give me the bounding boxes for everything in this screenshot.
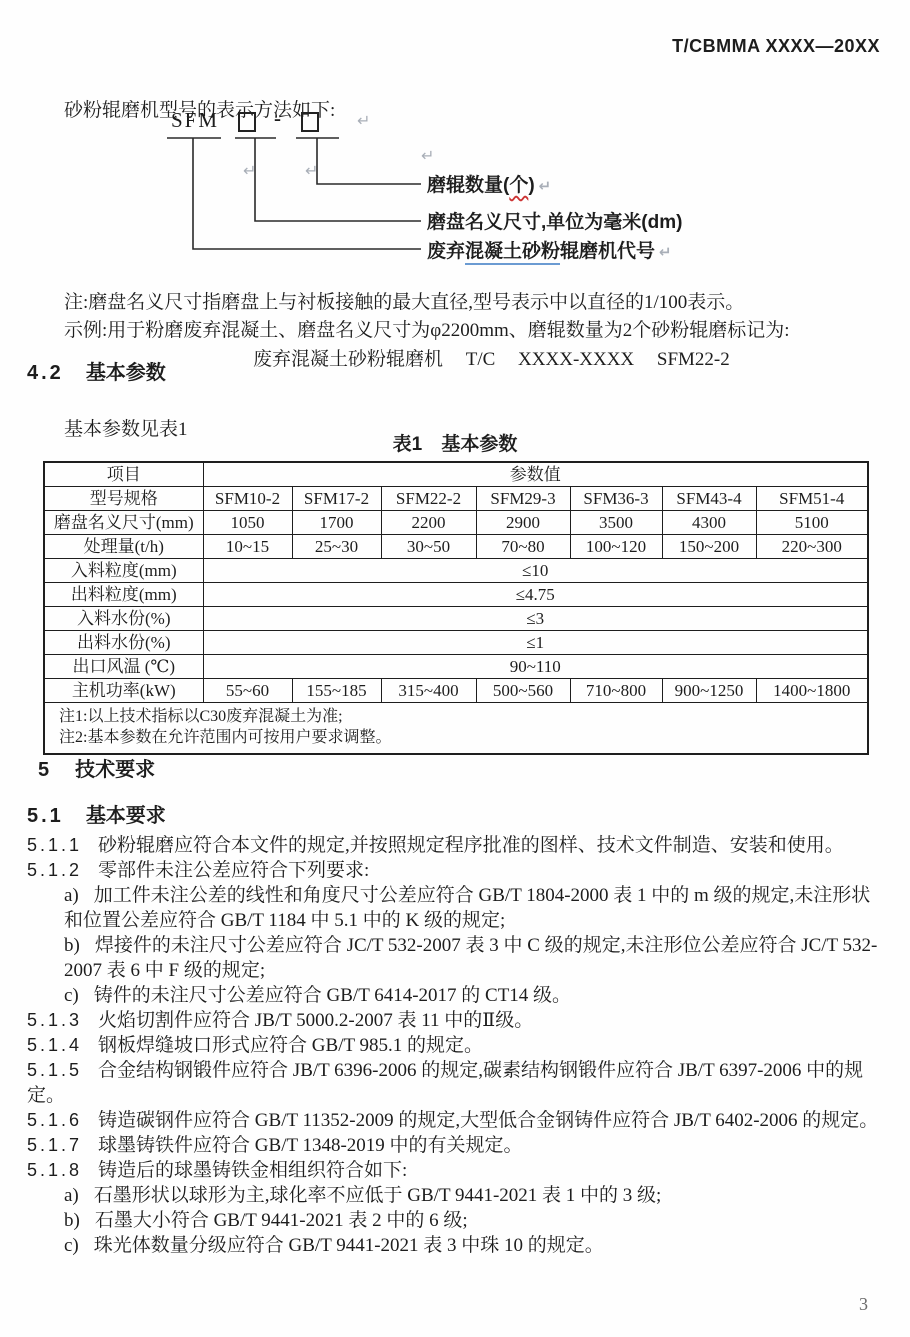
table-footnotes: 注1:以上技术指标以C30废弃混凝土为准; 注2:基本参数在允许范围内可按用户要… bbox=[44, 703, 868, 755]
table-span-cell: ≤4.75 bbox=[203, 583, 868, 607]
table-header-item: 项目 bbox=[44, 462, 203, 487]
clause-number: 5.1.8 bbox=[27, 1160, 82, 1180]
return-mark-icon: ↵ bbox=[539, 177, 552, 195]
table-span-cell: ≤3 bbox=[203, 607, 868, 631]
clause-5-1-7: 5.1.7球墨铸铁件应符合 GB/T 1348-2019 中的有关规定。 bbox=[27, 1133, 883, 1158]
table-cell: 25~30 bbox=[292, 535, 381, 559]
table-cell: 150~200 bbox=[662, 535, 756, 559]
table-cell: 1050 bbox=[203, 511, 292, 535]
clause-text: 石墨形状以球形为主,球化率不应低于 GB/T 9441-2021 表 1 中的 … bbox=[94, 1185, 662, 1206]
table-cell: SFM10-2 bbox=[203, 487, 292, 511]
table-row: 注1:以上技术指标以C30废弃混凝土为准; 注2:基本参数在允许范围内可按用户要… bbox=[44, 703, 868, 755]
table-row: 主机功率(kW) 55~60 155~185 315~400 500~560 7… bbox=[44, 679, 868, 703]
table-cell: 1400~1800 bbox=[756, 679, 868, 703]
placeholder-box-icon bbox=[238, 112, 256, 132]
table-cell: 900~1250 bbox=[662, 679, 756, 703]
table-span-cell: ≤1 bbox=[203, 631, 868, 655]
note-paragraph: 注:磨盘名义尺寸指磨盘上与衬板接触的最大直径,型号表示中以直径的1/100表示。 bbox=[64, 287, 744, 314]
clause-text: 石墨大小符合 GB/T 9441-2021 表 2 中的 6 级; bbox=[95, 1210, 468, 1231]
table-cell: SFM17-2 bbox=[292, 487, 381, 511]
clause-5-1-5: 5.1.5合金结构钢锻件应符合 JB/T 6396-2006 的规定,碳素结构钢… bbox=[27, 1058, 883, 1108]
table-cell: 2200 bbox=[381, 511, 476, 535]
table-cell: SFM22-2 bbox=[381, 487, 476, 511]
clause-text: 加工件未注公差的线性和角度尺寸公差应符合 GB/T 1804-2000 表 1 … bbox=[64, 885, 870, 931]
table-row-label: 入料粒度(mm) bbox=[44, 559, 203, 583]
label-text-wavy-underlined: 个 bbox=[509, 175, 528, 196]
return-mark-icon: ↵ bbox=[357, 111, 370, 130]
table-row: 磨盘名义尺寸(mm) 1050 1700 2200 2900 3500 4300… bbox=[44, 511, 868, 535]
label-text: 辊磨机代号 bbox=[560, 241, 655, 262]
clause-5-1-2: 5.1.2零部件未注公差应符合下列要求: bbox=[27, 858, 883, 883]
table-cell: 100~120 bbox=[570, 535, 662, 559]
table-cell: 710~800 bbox=[570, 679, 662, 703]
return-mark-icon: ↵ bbox=[305, 161, 318, 180]
table-cell: 10~15 bbox=[203, 535, 292, 559]
list-marker: c) bbox=[64, 985, 79, 1006]
table-cell: 220~300 bbox=[756, 535, 868, 559]
table-row-label: 出料水份(%) bbox=[44, 631, 203, 655]
label-text-blue-underlined: 混凝土砂粉 bbox=[465, 241, 560, 265]
clause-5-1-3: 5.1.3火焰切割件应符合 JB/T 5000.2-2007 表 11 中的Ⅱ级… bbox=[27, 1008, 883, 1033]
section-number: 5.1 bbox=[27, 805, 64, 827]
label-text: 废弃 bbox=[427, 241, 465, 262]
clause-text: 球墨铸铁件应符合 GB/T 1348-2019 中的有关规定。 bbox=[98, 1135, 523, 1156]
clause-text: 合金结构钢锻件应符合 JB/T 6396-2006 的规定,碳素结构钢锻件应符合… bbox=[27, 1060, 863, 1106]
label-text: 磨辊数量( bbox=[427, 175, 509, 196]
list-marker: a) bbox=[64, 885, 79, 906]
table-row: 出口风温 (℃) 90~110 bbox=[44, 655, 868, 679]
table-row: 处理量(t/h) 10~15 25~30 30~50 70~80 100~120… bbox=[44, 535, 868, 559]
clause-number: 5.1.2 bbox=[27, 860, 82, 880]
table-cell: 4300 bbox=[662, 511, 756, 535]
placeholder-box-icon bbox=[301, 112, 319, 132]
table-cell: 30~50 bbox=[381, 535, 476, 559]
table-row: 出料水份(%) ≤1 bbox=[44, 631, 868, 655]
section-heading-5-1: 5.1基本要求 bbox=[27, 799, 166, 828]
clause-text: 铸造后的球墨铸铁金相组织符合如下: bbox=[98, 1160, 407, 1181]
clause-5-1-4: 5.1.4钢板焊缝坡口形式应符合 GB/T 985.1 的规定。 bbox=[27, 1033, 883, 1058]
table-cell: 315~400 bbox=[381, 679, 476, 703]
page-number: 3 bbox=[859, 1294, 868, 1315]
table-cell: SFM43-4 bbox=[662, 487, 756, 511]
section-number: 4.2 bbox=[27, 362, 64, 384]
table-row-label: 型号规格 bbox=[44, 487, 203, 511]
table-row-label: 入料水份(%) bbox=[44, 607, 203, 631]
table-caption: 表1 基本参数 bbox=[43, 429, 867, 456]
table-cell: 55~60 bbox=[203, 679, 292, 703]
clause-5-1-2-item-c: c)铸件的未注尺寸公差应符合 GB/T 6414-2017 的 CT14 级。 bbox=[64, 983, 883, 1008]
example-paragraph: 示例:用于粉磨废弃混凝土、磨盘名义尺寸为φ2200mm、磨辊数量为2个砂粉辊磨标… bbox=[64, 315, 790, 342]
table-cell: SFM29-3 bbox=[476, 487, 570, 511]
table-row-label: 出口风温 (℃) bbox=[44, 655, 203, 679]
clause-text: 零部件未注公差应符合下列要求: bbox=[98, 860, 369, 881]
clause-number: 5.1.5 bbox=[27, 1060, 82, 1080]
clause-text: 珠光体数量分级应符合 GB/T 9441-2021 表 3 中珠 10 的规定。 bbox=[94, 1235, 604, 1256]
section-title: 技术要求 bbox=[75, 759, 155, 781]
section-title: 基本要求 bbox=[86, 805, 166, 827]
clause-5-1-1: 5.1.1砂粉辊磨应符合本文件的规定,并按照规定程序批准的图样、技术文件制造、安… bbox=[27, 833, 883, 858]
table-row-label: 磨盘名义尺寸(mm) bbox=[44, 511, 203, 535]
table-row-label: 处理量(t/h) bbox=[44, 535, 203, 559]
diagram-model-prefix: SFM bbox=[171, 108, 219, 133]
table-row: 项目 参数值 bbox=[44, 462, 868, 487]
table-row-label: 出料粒度(mm) bbox=[44, 583, 203, 607]
clause-text: 铸件的未注尺寸公差应符合 GB/T 6414-2017 的 CT14 级。 bbox=[94, 985, 571, 1006]
table-span-cell: ≤10 bbox=[203, 559, 868, 583]
example-designation: 废弃混凝土砂粉辊磨机 T/C XXXX-XXXX SFM22-2 bbox=[253, 344, 730, 371]
document-page: T/CBMMA XXXX—20XX 砂粉辊磨机型号的表示方法如下: SFM - … bbox=[0, 0, 910, 1337]
table-cell: SFM36-3 bbox=[570, 487, 662, 511]
return-mark-icon: ↵ bbox=[659, 243, 672, 261]
clause-5-1-6: 5.1.6铸造碳钢件应符合 GB/T 11352-2009 的规定,大型低合金钢… bbox=[27, 1108, 883, 1133]
table-cell: 155~185 bbox=[292, 679, 381, 703]
clause-5-1-8-item-a: a)石墨形状以球形为主,球化率不应低于 GB/T 9441-2021 表 1 中… bbox=[64, 1183, 883, 1208]
table-footnote: 注1:以上技术指标以C30废弃混凝土为准; bbox=[59, 706, 861, 727]
return-mark-icon: ↵ bbox=[243, 161, 256, 180]
list-marker: b) bbox=[64, 935, 80, 956]
table-row-label: 主机功率(kW) bbox=[44, 679, 203, 703]
table-row: 入料粒度(mm) ≤10 bbox=[44, 559, 868, 583]
clause-text: 焊接件的未注尺寸公差应符合 JC/T 532-2007 表 3 中 C 级的规定… bbox=[64, 935, 877, 981]
table-cell: 2900 bbox=[476, 511, 570, 535]
diagram-label-roller-count: 磨辊数量(个)↵ bbox=[427, 170, 551, 197]
table-span-cell: 90~110 bbox=[203, 655, 868, 679]
section-number: 5 bbox=[38, 759, 49, 781]
clause-5-1-2-item-a: a)加工件未注公差的线性和角度尺寸公差应符合 GB/T 1804-2000 表 … bbox=[64, 883, 883, 933]
clause-number: 5.1.6 bbox=[27, 1110, 82, 1130]
clause-text: 火焰切割件应符合 JB/T 5000.2-2007 表 11 中的Ⅱ级。 bbox=[98, 1010, 533, 1031]
table-row: 型号规格 SFM10-2 SFM17-2 SFM22-2 SFM29-3 SFM… bbox=[44, 487, 868, 511]
clause-list: 5.1.1砂粉辊磨应符合本文件的规定,并按照规定程序批准的图样、技术文件制造、安… bbox=[27, 833, 883, 1258]
clause-number: 5.1.1 bbox=[27, 835, 82, 855]
table-header-values: 参数值 bbox=[203, 462, 868, 487]
table-cell: 5100 bbox=[756, 511, 868, 535]
clause-number: 5.1.3 bbox=[27, 1010, 82, 1030]
clause-text: 铸造碳钢件应符合 GB/T 11352-2009 的规定,大型低合金钢铸件应符合… bbox=[98, 1110, 878, 1131]
list-marker: c) bbox=[64, 1235, 79, 1256]
clause-5-1-2-item-b: b)焊接件的未注尺寸公差应符合 JC/T 532-2007 表 3 中 C 级的… bbox=[64, 933, 883, 983]
clause-text: 砂粉辊磨应符合本文件的规定,并按照规定程序批准的图样、技术文件制造、安装和使用。 bbox=[98, 835, 844, 856]
diagram-label-machine-code: 废弃混凝土砂粉辊磨机代号↵ bbox=[427, 236, 672, 263]
section-title: 基本参数 bbox=[86, 362, 166, 384]
table-row: 出料粒度(mm) ≤4.75 bbox=[44, 583, 868, 607]
table-cell: SFM51-4 bbox=[756, 487, 868, 511]
table-row: 入料水份(%) ≤3 bbox=[44, 607, 868, 631]
table-cell: 70~80 bbox=[476, 535, 570, 559]
clause-number: 5.1.7 bbox=[27, 1135, 82, 1155]
table-cell: 500~560 bbox=[476, 679, 570, 703]
clause-5-1-8-item-b: b)石墨大小符合 GB/T 9441-2021 表 2 中的 6 级; bbox=[64, 1208, 883, 1233]
clause-number: 5.1.4 bbox=[27, 1035, 82, 1055]
list-marker: a) bbox=[64, 1185, 79, 1206]
table-cell: 3500 bbox=[570, 511, 662, 535]
diagram-label-disc-size: 磨盘名义尺寸,单位为毫米(dm) bbox=[427, 207, 682, 234]
section-heading-4-2: 4.2基本参数 bbox=[27, 356, 166, 385]
clause-5-1-8-item-c: c)珠光体数量分级应符合 GB/T 9441-2021 表 3 中珠 10 的规… bbox=[64, 1233, 883, 1258]
return-mark-icon: ↵ bbox=[421, 146, 434, 165]
label-text: ) bbox=[528, 175, 534, 196]
section-heading-5: 5技术要求 bbox=[38, 753, 155, 782]
clause-5-1-8: 5.1.8铸造后的球墨铸铁金相组织符合如下: bbox=[27, 1158, 883, 1183]
clause-text: 钢板焊缝坡口形式应符合 GB/T 985.1 的规定。 bbox=[98, 1035, 483, 1056]
diagram-dash: - bbox=[274, 106, 281, 131]
list-marker: b) bbox=[64, 1210, 80, 1231]
parameters-table: 项目 参数值 型号规格 SFM10-2 SFM17-2 SFM22-2 SFM2… bbox=[43, 461, 869, 755]
table-cell: 1700 bbox=[292, 511, 381, 535]
table-footnote: 注2:基本参数在允许范围内可按用户要求调整。 bbox=[59, 727, 861, 748]
